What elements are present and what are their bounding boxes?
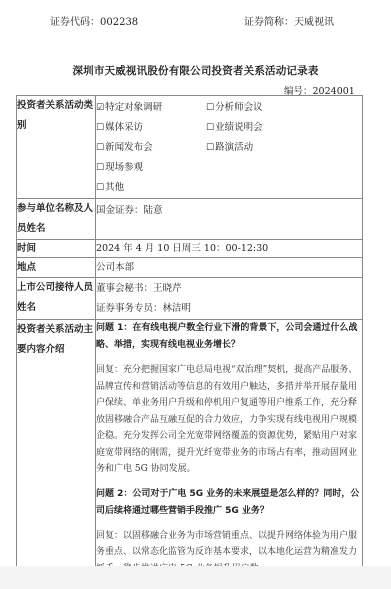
document-title: 深圳市天威视讯股份有限公司投资者关系活动记录表: [0, 63, 391, 78]
option-media-interview[interactable]: ☐媒体采访: [96, 118, 206, 138]
main-content-label: 投资者关系活动主要内容介绍: [17, 320, 96, 586]
checkbox-icon[interactable]: ☐: [206, 123, 214, 133]
option-other[interactable]: ☐其他: [96, 178, 206, 198]
grid-spacer: [206, 158, 362, 178]
time-value: 2024 年 4 月 10 日周三 10：00-12:30: [96, 240, 363, 258]
participants-label: 参与单位名称及人员姓名: [17, 199, 96, 240]
row-receptionists: 上市公司接待人员姓名 董事会秘书：王晓芹 证券事务专员：林洁明: [17, 278, 363, 320]
location-label: 地点: [17, 258, 96, 278]
time-label: 时间: [17, 240, 96, 258]
checkbox-icon[interactable]: ☐: [96, 163, 104, 173]
option-label: 现场参观: [105, 162, 143, 173]
option-site-visit[interactable]: ☐现场参观: [96, 158, 206, 178]
row-participants: 参与单位名称及人员姓名 国金证券：陆意: [17, 199, 363, 240]
checkbox-icon[interactable]: ☐: [96, 143, 104, 153]
option-roadshow[interactable]: ☐路演活动: [206, 138, 362, 158]
row-main-content: 投资者关系活动主要内容介绍 问题 1：在有线电视户数全行业下滑的背景下，公司会通…: [17, 320, 363, 586]
question-2: 问题 2：公司对于广电 5G 业务的未来展望是怎么样的？同时，公司后续将通过哪些…: [96, 486, 362, 520]
row-time: 时间 2024 年 4 月 10 日周三 10：00-12:30: [17, 240, 363, 258]
option-specific-research[interactable]: ☑特定对象调研: [96, 98, 206, 118]
participants-value: 国金证券：陆意: [96, 199, 363, 240]
stock-code: 证券代码：002238: [50, 13, 138, 28]
option-label: 分析师会议: [215, 102, 263, 113]
main-content-value: 问题 1：在有线电视户数全行业下滑的背景下，公司会通过什么战略、举措，实现有线电…: [96, 320, 363, 586]
option-label: 路演活动: [215, 142, 253, 153]
activity-type-label: 投资者关系活动类别: [17, 96, 96, 199]
option-label: 业绩说明会: [215, 122, 263, 133]
question-1: 问题 1：在有线电视户数全行业下滑的背景下，公司会通过什么战略、举措，实现有线电…: [96, 320, 362, 354]
checkbox-checked-icon[interactable]: ☑: [96, 103, 104, 113]
option-earnings-call[interactable]: ☐业绩说明会: [206, 118, 362, 138]
option-label: 其他: [105, 182, 124, 193]
checkbox-icon[interactable]: ☐: [96, 123, 104, 133]
row-activity-type: 投资者关系活动类别 ☑特定对象调研 ☐分析师会议 ☐媒体采访 ☐业绩说明会 ☐新…: [17, 96, 363, 199]
option-label: 新闻发布会: [105, 142, 153, 153]
receptionist-securities-officer: 证券事务专员：林洁明: [96, 299, 362, 319]
page-bottom-margin: [0, 566, 391, 589]
option-analyst-meeting[interactable]: ☐分析师会议: [206, 98, 362, 118]
receptionist-secretary: 董事会秘书：王晓芹: [96, 279, 362, 299]
stock-name-value: 天威视讯: [294, 17, 334, 28]
stock-name-label: 证券简称：: [244, 17, 294, 28]
checkbox-icon[interactable]: ☐: [206, 103, 214, 113]
stock-code-label: 证券代码：: [50, 17, 100, 28]
receptionists-value: 董事会秘书：王晓芹 证券事务专员：林洁明: [96, 278, 363, 320]
receptionists-label: 上市公司接待人员姓名: [17, 278, 96, 320]
option-label: 媒体采访: [105, 122, 143, 133]
activity-type-options: ☑特定对象调研 ☐分析师会议 ☐媒体采访 ☐业绩说明会 ☐新闻发布会 ☐路演活动…: [96, 96, 363, 199]
activity-record-table: 投资者关系活动类别 ☑特定对象调研 ☐分析师会议 ☐媒体采访 ☐业绩说明会 ☐新…: [16, 95, 363, 586]
stock-name: 证券简称：天威视讯: [244, 13, 334, 28]
row-location: 地点 公司本部: [17, 258, 363, 278]
location-value: 公司本部: [96, 258, 363, 278]
answer-1: 回复：充分把握国家广电总局电视“双治理”契机，提高产品服务、品牌宣传和营销活动等…: [96, 362, 362, 478]
stock-code-value: 002238: [100, 17, 138, 28]
option-press-conference[interactable]: ☐新闻发布会: [96, 138, 206, 158]
checkbox-icon[interactable]: ☐: [206, 143, 214, 153]
option-label: 特定对象调研: [105, 102, 162, 113]
document-page: 证券代码：002238 证券简称：天威视讯 深圳市天威视讯股份有限公司投资者关系…: [0, 0, 391, 566]
checkbox-icon[interactable]: ☐: [96, 183, 104, 193]
